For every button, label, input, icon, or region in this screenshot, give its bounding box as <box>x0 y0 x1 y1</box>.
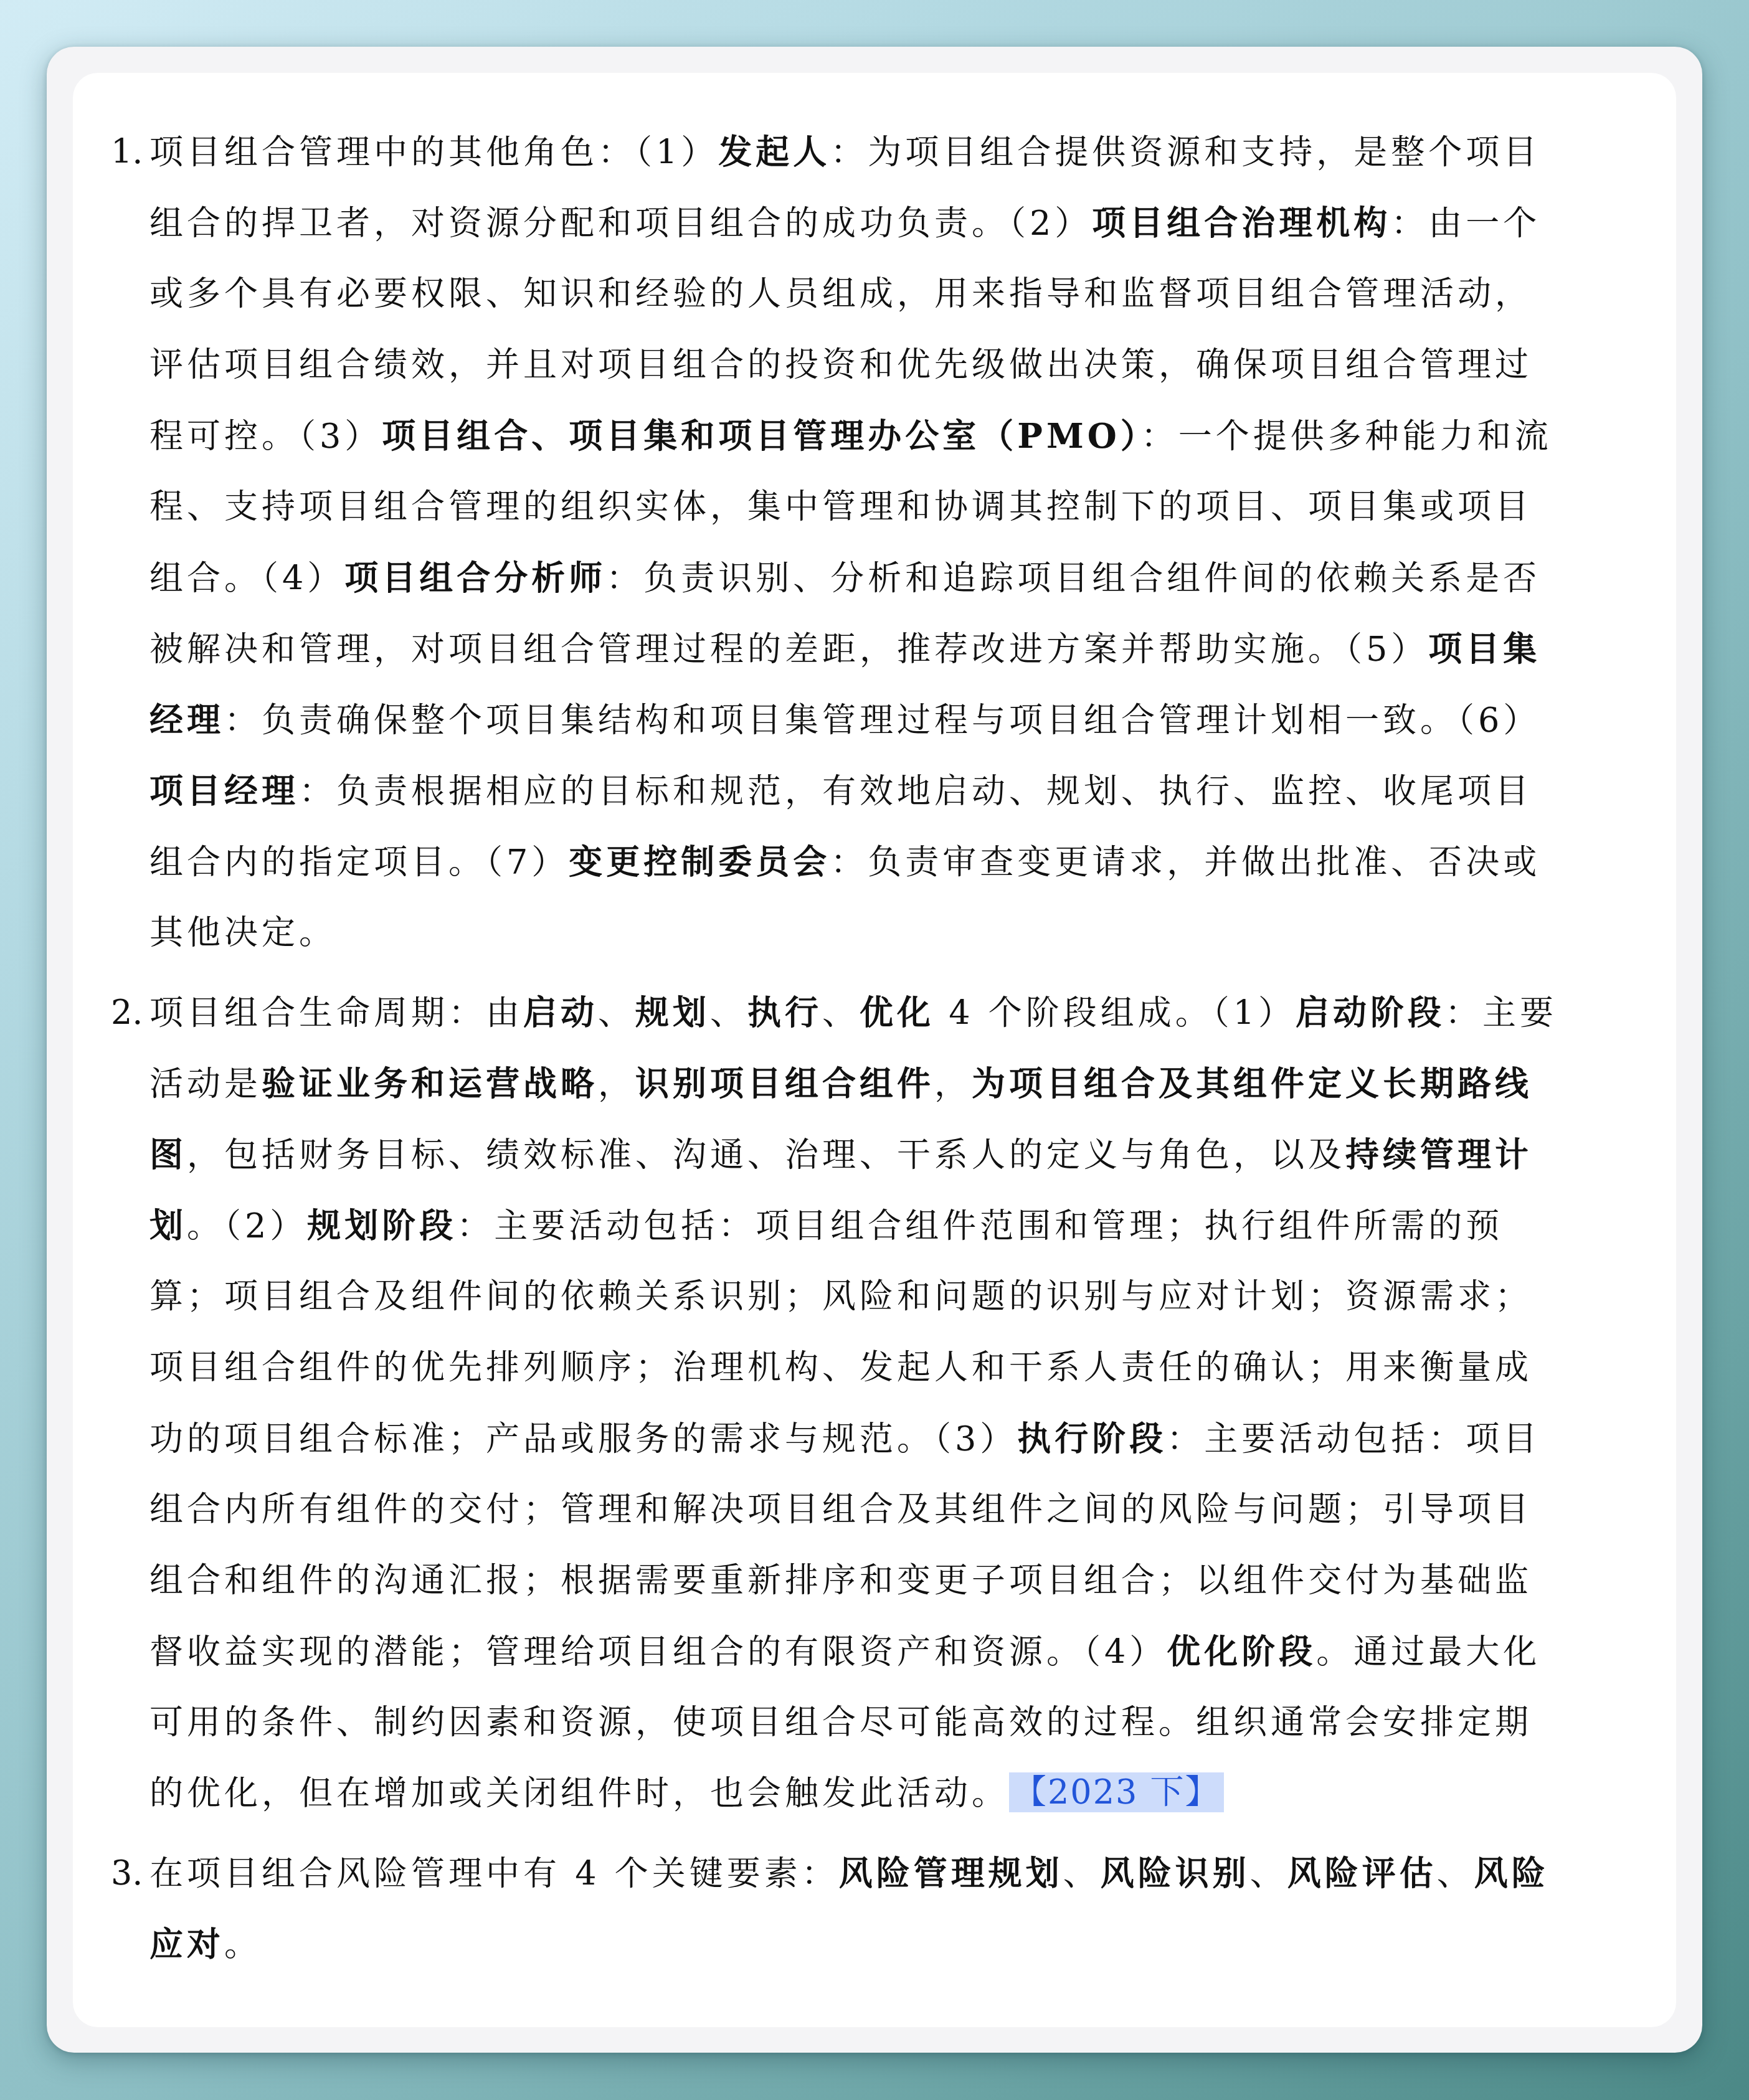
text-line: 活动是验证业务和运营战略，识别项目组合组件，为项目组合及其组件定义长期路线 <box>149 1048 1643 1119</box>
numbered-list: 1. 项目组合管理中的其他角色：（1）发起人：为项目组合提供资源和支持，是整个项… <box>111 116 1643 1989</box>
text-line: 图，包括财务目标、绩效标准、沟通、治理、干系人的定义与角色，以及持续管理计 <box>149 1119 1643 1190</box>
text-line: 项目经理：负责根据相应的目标和规范，有效地启动、规划、执行、监控、收尾项目 <box>149 755 1643 826</box>
text-line: 被解决和管理，对项目组合管理过程的差距，推荐改进方案并帮助实施。（5）项目集 <box>149 613 1643 684</box>
term-program-manager: 经理 <box>149 700 224 740</box>
text-line: 算；项目组合及组件间的依赖关系识别；风险和问题的识别与应对计划；资源需求； <box>149 1261 1643 1332</box>
text-line: 组合和组件的沟通汇报；根据需要重新排序和变更子项目组合；以组件交付为基础监 <box>149 1545 1643 1616</box>
term-project-manager: 项目经理 <box>149 771 299 811</box>
list-item-2: 2. 项目组合生命周期：由启动、规划、执行、优化 4 个阶段组成。（1）启动阶段… <box>111 977 1643 1829</box>
outer-card: 1. 项目组合管理中的其他角色：（1）发起人：为项目组合提供资源和支持，是整个项… <box>47 47 1702 2053</box>
list-marker: 2. <box>111 977 143 1048</box>
term-governance-body: 项目组合治理机构 <box>1092 203 1391 243</box>
term-portfolio-analyst: 项目组合分析师 <box>344 558 606 598</box>
text-line: 可用的条件、制约因素和资源，使项目组合尽可能高效的过程。组织通常会安排定期 <box>149 1687 1643 1758</box>
text-line: 功的项目组合标准；产品或服务的需求与规范。（3）执行阶段：主要活动包括：项目 <box>149 1403 1643 1474</box>
term-planning-phase: 规划阶段 <box>307 1206 457 1246</box>
term-pmo: 项目组合、项目集和项目管理办公室（PMO） <box>382 416 1140 456</box>
list-marker: 1. <box>111 116 143 187</box>
text-line: 组合。（4）项目组合分析师：负责识别、分析和追踪项目组合组件间的依赖关系是否 <box>149 542 1643 613</box>
text-line: 项目组合生命周期：由启动、规划、执行、优化 4 个阶段组成。（1）启动阶段：主要 <box>149 977 1643 1048</box>
content-card: 1. 项目组合管理中的其他角色：（1）发起人：为项目组合提供资源和支持，是整个项… <box>73 73 1676 2027</box>
text-line: 督收益实现的潜能；管理给项目组合的有限资产和资源。（4）优化阶段。通过最大化 <box>149 1616 1643 1687</box>
text-line: 应对。 <box>149 1909 1643 1980</box>
text-line: 评估项目组合绩效，并且对项目组合的投资和优先级做出决策，确保项目组合管理过 <box>149 329 1643 400</box>
list-item-1: 1. 项目组合管理中的其他角色：（1）发起人：为项目组合提供资源和支持，是整个项… <box>111 116 1643 968</box>
text-line: 经理：负责确保整个项目集结构和项目集管理过程与项目组合管理计划相一致。（6） <box>149 684 1643 755</box>
text-line: 组合内的指定项目。（7）变更控制委员会：负责审查变更请求，并做出批准、否决或 <box>149 826 1643 897</box>
text-line: 或多个具有必要权限、知识和经验的人员组成，用来指导和监督项目组合管理活动， <box>149 258 1643 329</box>
list-marker: 3. <box>111 1838 143 1909</box>
text-line: 程、支持项目组合管理的组织实体，集中管理和协调其控制下的项目、项目集或项目 <box>149 471 1643 542</box>
text-line: 其他决定。 <box>149 897 1643 968</box>
term-initiation-phase: 启动阶段 <box>1296 993 1445 1033</box>
term-program-manager: 项目集 <box>1428 629 1540 669</box>
term-sponsor: 发起人 <box>718 132 830 172</box>
text-line: 在项目组合风险管理中有 4 个关键要素：风险管理规划、风险识别、风险评估、风险 <box>149 1838 1643 1909</box>
term-execution-phase: 执行阶段 <box>1017 1419 1167 1459</box>
term-optimization-phase: 优化阶段 <box>1167 1632 1316 1672</box>
text-line: 项目组合组件的优先排列顺序；治理机构、发起人和干系人责任的确认；用来衡量成 <box>149 1332 1643 1403</box>
exam-tag-2023-second-half[interactable]: 【2023 下】 <box>1009 1772 1224 1812</box>
text-line: 的优化，但在增加或关闭组件时，也会触发此活动。【2023 下】 <box>149 1758 1643 1829</box>
text-line: 组合内所有组件的交付；管理和解决项目组合及其组件之间的风险与问题；引导项目 <box>149 1474 1643 1545</box>
text-line: 程可控。（3）项目组合、项目集和项目管理办公室（PMO）：一个提供多种能力和流 <box>149 400 1643 471</box>
text-line: 组合的捍卫者，对资源分配和项目组合的成功负责。（2）项目组合治理机构：由一个 <box>149 187 1643 258</box>
list-item-3: 3. 在项目组合风险管理中有 4 个关键要素：风险管理规划、风险识别、风险评估、… <box>111 1838 1643 1980</box>
text-line: 项目组合管理中的其他角色：（1）发起人：为项目组合提供资源和支持，是整个项目 <box>149 116 1643 187</box>
term-change-control-board: 变更控制委员会 <box>569 842 830 882</box>
text-line: 划。（2）规划阶段：主要活动包括：项目组合组件范围和管理；执行组件所需的预 <box>149 1190 1643 1261</box>
